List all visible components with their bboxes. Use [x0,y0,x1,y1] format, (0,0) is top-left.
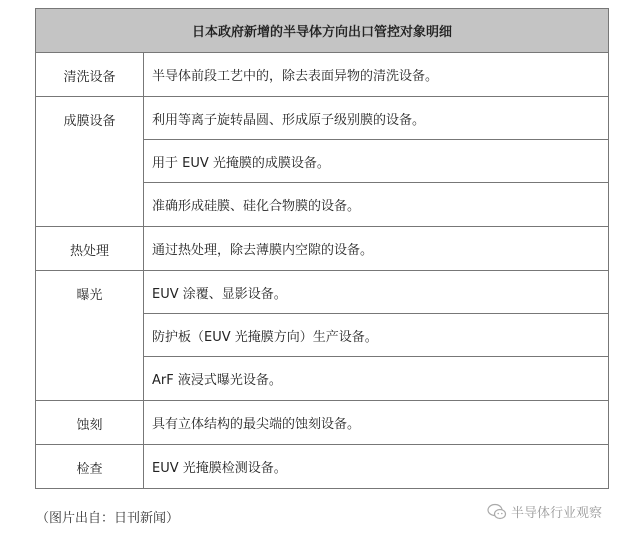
table-row: 利用等离子旋转晶圆、形成原子级别膜的设备。 [144,97,608,140]
category-cell: 蚀刻 [36,401,144,444]
table-row: 用于 EUV 光掩膜的成膜设备。 [144,140,608,183]
category-cell: 热处理 [36,227,144,270]
category-cell: 清洗设备 [36,53,144,96]
table-group-inspection: 检查 EUV 光掩膜检测设备。 [36,445,608,488]
category-cell: 检查 [36,445,144,488]
table-row: ArF 液浸式曝光设备。 [144,357,608,400]
table-group-exposure: 曝光 EUV 涂覆、显影设备。 防护板（EUV 光掩膜方向）生产设备。 ArF … [36,271,608,401]
watermark-text: 半导体行业观察 [511,502,602,521]
export-control-table: 日本政府新增的半导体方向出口管控对象明细 清洗设备 半导体前段工艺中的，除去表面… [35,8,609,489]
table-group-cleaning: 清洗设备 半导体前段工艺中的，除去表面异物的清洗设备。 [36,53,608,97]
table-row: 半导体前段工艺中的，除去表面异物的清洗设备。 [144,53,608,96]
table-row: EUV 光掩膜检测设备。 [144,445,608,488]
table-row: 通过热处理，除去薄膜内空隙的设备。 [144,227,608,270]
table-row: 防护板（EUV 光掩膜方向）生产设备。 [144,314,608,357]
watermark: 半导体行业观察 [487,502,602,521]
table-row: EUV 涂覆、显影设备。 [144,271,608,314]
category-cell: 曝光 [36,271,144,400]
category-cell: 成膜设备 [36,97,144,226]
table-group-deposition: 成膜设备 利用等离子旋转晶圆、形成原子级别膜的设备。 用于 EUV 光掩膜的成膜… [36,97,608,227]
table-title: 日本政府新增的半导体方向出口管控对象明细 [36,9,608,53]
table-group-heat-treatment: 热处理 通过热处理，除去薄膜内空隙的设备。 [36,227,608,271]
image-source-caption: （图片出自：日刊新闻） [36,507,179,526]
wechat-icon [487,503,507,521]
table-row: 具有立体结构的最尖端的蚀刻设备。 [144,401,608,444]
table-group-etching: 蚀刻 具有立体结构的最尖端的蚀刻设备。 [36,401,608,445]
table-row: 准确形成硅膜、硅化合物膜的设备。 [144,183,608,226]
